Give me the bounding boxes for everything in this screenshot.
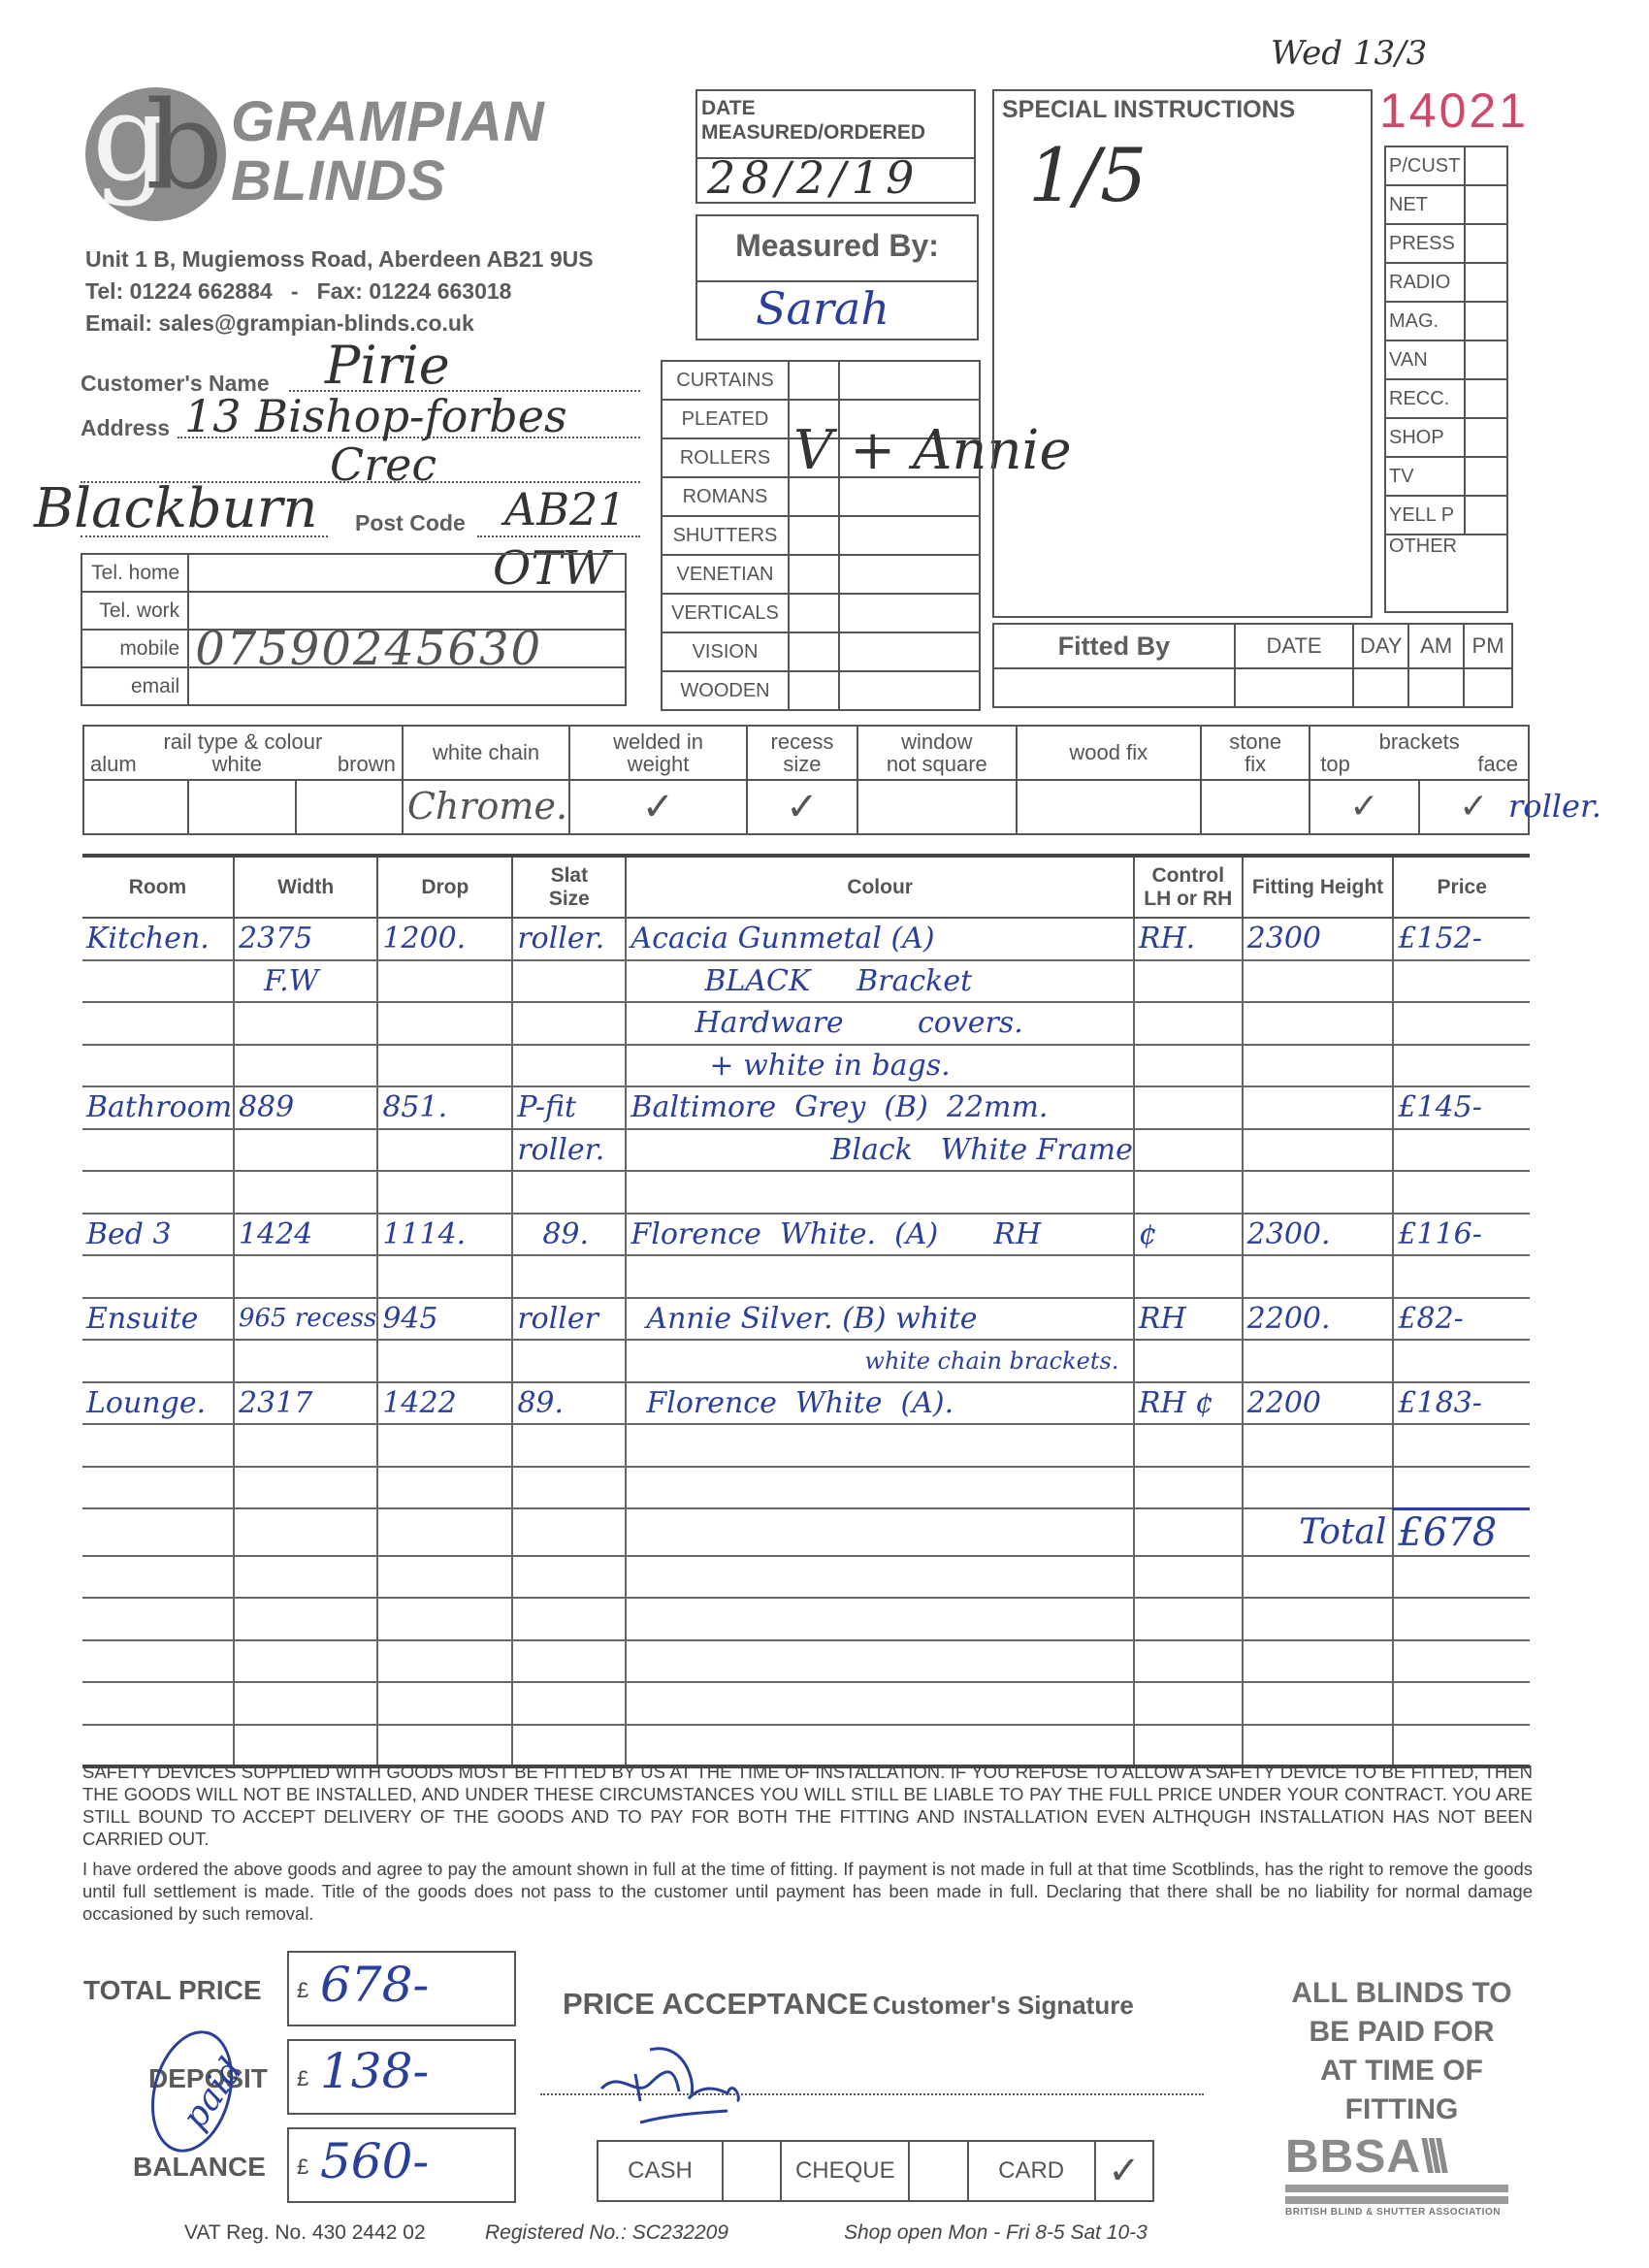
slat-cell[interactable] [512,1340,626,1382]
fitting-height-cell[interactable] [1243,1424,1394,1467]
price-cell[interactable] [1393,1640,1530,1683]
pound-sign: £ [297,1978,308,2003]
product-checkbox[interactable] [789,632,839,671]
table-row: Bed 314241114.89.Florence White. (A) RH¢… [82,1214,1530,1256]
total-price-box: £ 678- [287,1951,516,2026]
source-checkbox[interactable] [1465,224,1507,263]
header-slat-size: SlatSize [512,856,626,918]
slat-cell[interactable] [512,1467,626,1509]
slat-cell[interactable]: P-fit [512,1086,626,1129]
drop-cell[interactable]: 1422 [377,1382,512,1425]
control-cell[interactable] [1134,1340,1243,1382]
fitting-height-cell[interactable] [1243,1556,1394,1599]
product-note[interactable] [839,516,980,555]
bbsa-letters: BBSA\\\ [1285,2134,1508,2181]
slat-cell[interactable] [512,1640,626,1683]
drop-cell[interactable] [377,1424,512,1467]
width-cell[interactable] [234,1002,377,1045]
price-cell[interactable] [1393,1467,1530,1509]
source-checkbox[interactable] [1465,302,1507,340]
wood-fix-label: wood fix [1017,726,1202,780]
fitting-height-cell[interactable] [1243,1682,1394,1725]
phone-label: Tel. home [81,554,188,592]
control-cell[interactable] [1134,1045,1243,1087]
room-cell[interactable]: Bed 3 [82,1214,234,1256]
drop-cell[interactable] [377,1045,512,1087]
fitting-height-cell[interactable]: 2200 [1243,1382,1394,1425]
drop-cell[interactable] [377,1682,512,1725]
notice-line3: AT TIME OF [1251,2052,1552,2090]
colour-cell[interactable] [626,1255,1133,1298]
product-label: WOODEN [662,671,789,710]
balance-box: £ 560- [287,2127,516,2203]
source-table: P/CUST NET PRESS RADIO MAG. VAN RECC. SH… [1384,146,1508,613]
colour-cell[interactable] [626,1682,1133,1725]
width-cell[interactable]: 889 [234,1086,377,1129]
slat-cell[interactable] [512,1255,626,1298]
stone-fix-header: stonefix [1201,726,1309,780]
order-table: Room Width Drop SlatSize Colour ControlL… [82,854,1530,1768]
postcode-label: Post Code [355,510,466,536]
control-cell[interactable]: ¢ [1134,1214,1243,1256]
fitting-height-cell[interactable] [1243,1086,1394,1129]
drop-cell[interactable] [377,1725,512,1767]
balance-field[interactable]: 560- [320,2133,429,2189]
fitting-height-cell[interactable] [1243,1129,1394,1172]
slat-cell[interactable]: 89. [512,1382,626,1425]
product-note[interactable] [839,594,980,632]
pound-sign: £ [297,2155,308,2180]
width-cell[interactable]: 1424 [234,1214,377,1256]
slat-cell[interactable] [512,960,626,1003]
fitting-height-cell[interactable] [1243,960,1394,1003]
fitted-by-field[interactable] [993,668,1235,707]
price-cell[interactable] [1393,1556,1530,1599]
control-cell[interactable] [1134,1129,1243,1172]
brackets-note[interactable]: roller. [1508,788,1601,825]
price-cell[interactable] [1393,1045,1530,1087]
product-checkbox[interactable] [789,594,839,632]
product-row-romans: ROMANS [662,477,980,516]
rail-type-header: rail type & colour alum white brown [83,726,403,780]
colour-cell[interactable]: Baltimore Grey (B) 22mm. [626,1086,1133,1129]
product-checkbox[interactable] [789,361,839,400]
source-label: RADIO [1385,263,1465,302]
product-label: PLEATED [662,400,789,438]
stone-fix-checkbox[interactable] [1201,780,1309,834]
slat-cell[interactable] [512,1045,626,1087]
drop-cell[interactable] [377,1340,512,1382]
colour-cell[interactable] [626,1424,1133,1467]
room-cell[interactable] [82,1467,234,1509]
source-checkbox[interactable] [1465,418,1507,457]
window-label-line2: not square [858,753,1015,775]
colour-cell[interactable] [626,1556,1133,1599]
control-cell[interactable]: RH [1134,1298,1243,1341]
welded-label-line2: weight [570,753,745,775]
signature-line [540,2093,1204,2095]
colour-cell[interactable]: Florence White (A). [626,1382,1133,1425]
header-slat-line2: Size [513,888,625,910]
source-checkbox[interactable] [1465,496,1507,535]
window-not-square-header: windownot square [857,726,1016,780]
colour-cell[interactable]: Acacia Gunmetal (A) [626,918,1133,960]
postcode-field[interactable]: AB21 [504,483,627,535]
colour-cell[interactable]: Annie Silver. (B) white [626,1298,1133,1341]
slat-cell[interactable]: roller. [512,918,626,960]
date-field[interactable]: 28/2/19 [707,151,920,204]
room-cell[interactable] [82,1002,234,1045]
signature-scribble-icon [582,2045,776,2132]
width-cell[interactable] [234,1045,377,1087]
drop-cell[interactable] [377,1255,512,1298]
table-row: Ensuite965 recess945rollerAnnie Silver. … [82,1298,1530,1341]
fitting-height-cell[interactable] [1243,1725,1394,1767]
room-cell[interactable] [82,1129,234,1172]
room-cell[interactable] [82,1725,234,1767]
room-cell[interactable] [82,1255,234,1298]
colour-cell[interactable]: Hardware covers. [626,1002,1133,1045]
drop-cell[interactable] [377,1556,512,1599]
room-cell[interactable] [82,1508,234,1556]
product-row-venetian: VENETIAN [662,555,980,594]
fitted-day-label: DAY [1353,624,1408,668]
fitting-height-cell[interactable] [1243,1255,1394,1298]
room-cell[interactable]: Lounge. [82,1382,234,1425]
measured-by-field[interactable]: Sarah [756,282,889,335]
room-cell[interactable] [82,1171,234,1214]
drop-cell[interactable] [377,1129,512,1172]
notice-line2: BE PAID FOR [1251,2013,1552,2052]
table-row [82,1682,1530,1725]
product-checkbox[interactable] [789,477,839,516]
product-note[interactable] [839,477,980,516]
width-cell[interactable] [234,1598,377,1640]
room-cell[interactable] [82,1424,234,1467]
brackets-top-checkbox[interactable]: ✓ [1309,780,1418,834]
top-note: Wed 13/3 [1271,34,1427,73]
vat-number: VAT Reg. No. 430 2442 02 [184,2221,426,2245]
total-price-field[interactable]: 678- [320,1957,429,2013]
bbsa-subtitle: BRITISH BLIND & SHUTTER ASSOCIATION [1285,2207,1508,2218]
fitted-pm-field[interactable] [1464,668,1512,707]
width-cell[interactable] [234,1682,377,1725]
fitting-height-cell[interactable] [1243,1340,1394,1382]
colour-cell[interactable] [626,1508,1133,1556]
window-not-square-checkbox[interactable] [857,780,1016,834]
colour-cell[interactable]: white chain brackets. [626,1340,1133,1382]
company-name-line1: GRAMPIAN [231,94,545,150]
fitting-height-cell[interactable] [1243,1598,1394,1640]
drop-cell[interactable]: 851. [377,1086,512,1129]
fitted-date-label: DATE [1235,624,1354,668]
recess-size-checkbox[interactable]: ✓ [747,780,857,834]
slat-cell[interactable] [512,1682,626,1725]
address-field-line1[interactable]: 13 Bishop-forbes [184,390,567,442]
colour-cell[interactable]: Black White Frame [626,1129,1133,1172]
source-label-other[interactable]: OTHER [1385,535,1507,612]
notice-line4: FITTING [1251,2090,1552,2129]
product-label: SHUTTERS [662,516,789,555]
source-checkbox[interactable] [1465,263,1507,302]
control-cell[interactable] [1134,1508,1243,1556]
width-cell[interactable]: 965 recess [234,1298,377,1341]
room-cell[interactable] [82,1556,234,1599]
price-cell[interactable]: £145- [1393,1086,1530,1129]
price-cell[interactable]: £82- [1393,1298,1530,1341]
company-address: Unit 1 B, Mugiemoss Road, Aberdeen AB21 … [85,246,594,273]
price-cell[interactable] [1393,1598,1530,1640]
drop-cell[interactable] [377,1508,512,1556]
fitting-height-cell[interactable]: 2200. [1243,1298,1394,1341]
price-cell[interactable] [1393,1340,1530,1382]
colour-cell[interactable] [626,1598,1133,1640]
colour-cell[interactable]: BLACK Bracket [626,960,1133,1003]
stone-label-line2: fix [1202,753,1309,775]
colour-cell[interactable]: Florence White. (A) RH [626,1214,1133,1256]
width-cell[interactable] [234,1640,377,1683]
slat-cell[interactable] [512,1002,626,1045]
width-cell[interactable]: F.W [234,960,377,1003]
source-checkbox[interactable] [1465,457,1507,496]
slat-cell[interactable] [512,1725,626,1767]
price-cell[interactable]: £116- [1393,1214,1530,1256]
date-box: DATE MEASURED/ORDERED 28/2/19 [695,89,976,204]
postcode-line [477,535,640,537]
drop-cell[interactable] [377,1002,512,1045]
phone-mobile-field[interactable]: 07590245630 [188,630,626,667]
fitting-height-cell[interactable] [1243,1467,1394,1509]
product-note[interactable] [839,671,980,710]
deposit-box: £ 138- [287,2039,516,2115]
cheque-checkbox[interactable] [909,2141,967,2201]
width-cell[interactable] [234,1171,377,1214]
fitted-am-label: AM [1408,624,1464,668]
slat-cell[interactable] [512,1171,626,1214]
control-cell[interactable]: RH. [1134,918,1243,960]
address-field-line2[interactable]: Crec [330,438,436,491]
control-cell[interactable] [1134,1467,1243,1509]
colour-cell[interactable]: + white in bags. [626,1045,1133,1087]
fitting-height-cell[interactable] [1243,1002,1394,1045]
colour-cell[interactable] [626,1725,1133,1767]
slat-cell[interactable]: roller. [512,1129,626,1172]
address-field-line3[interactable]: Blackburn [34,477,318,540]
price-acceptance-title: PRICE ACCEPTANCE [563,1987,868,2021]
colour-cell[interactable] [626,1171,1133,1214]
control-cell[interactable] [1134,1682,1243,1725]
measured-by-label: Measured By: [697,228,977,264]
product-row-shutters: SHUTTERS [662,516,980,555]
drop-cell[interactable] [377,1598,512,1640]
price-cell[interactable]: £183- [1393,1382,1530,1425]
brackets-face-label: face [1477,753,1518,775]
product-checkbox[interactable] [789,555,839,594]
rail-brown-field[interactable] [296,780,403,834]
room-cell[interactable] [82,1045,234,1087]
brackets-top-label: top [1320,753,1350,775]
bbsa-bar [1285,2196,1508,2204]
price-cell[interactable] [1393,1424,1530,1467]
source-label: PRESS [1385,224,1465,263]
slat-cell[interactable] [512,1424,626,1467]
fitting-height-cell[interactable] [1243,1045,1394,1087]
control-cell[interactable] [1134,1171,1243,1214]
control-cell[interactable] [1134,1640,1243,1683]
price-cell[interactable] [1393,1255,1530,1298]
drop-cell[interactable]: 1200. [377,918,512,960]
control-cell[interactable] [1134,960,1243,1003]
control-cell[interactable]: RH ¢ [1134,1382,1243,1425]
price-cell[interactable] [1393,1725,1530,1767]
customer-name-field[interactable]: Pirie [325,335,450,396]
control-cell[interactable] [1134,1424,1243,1467]
control-cell[interactable] [1134,1725,1243,1767]
payment-method-table: CASH CHEQUE CARD ✓ [597,2140,1154,2202]
price-cell[interactable] [1393,960,1530,1003]
header-control: ControlLH or RH [1134,856,1243,918]
welded-weight-header: welded inweight [569,726,746,780]
table-row: Lounge.2317142289.Florence White (A).RH … [82,1382,1530,1425]
room-cell[interactable] [82,1340,234,1382]
email-field[interactable] [188,667,626,705]
control-cell[interactable] [1134,1255,1243,1298]
product-label: CURTAINS [662,361,789,400]
recess-label-line1: recess [748,730,857,753]
special-instructions-field[interactable]: 1/5 [1028,132,1147,218]
slat-cell[interactable] [512,1556,626,1599]
drop-cell[interactable] [377,1467,512,1509]
slat-cell[interactable] [512,1598,626,1640]
table-row: Kitchen.23751200.roller.Acacia Gunmetal … [82,918,1530,960]
drop-cell[interactable]: 945 [377,1298,512,1341]
width-cell[interactable] [234,1508,377,1556]
source-label: MAG. [1385,302,1465,340]
options-table: rail type & colour alum white brown whit… [82,725,1530,835]
room-cell[interactable]: Ensuite [82,1298,234,1341]
total-price-cell[interactable]: £678 [1393,1508,1530,1556]
rail-white-label: white [212,753,262,775]
drop-cell[interactable] [377,1640,512,1683]
product-checkbox[interactable] [789,671,839,710]
source-checkbox[interactable] [1465,340,1507,379]
source-checkbox[interactable] [1465,146,1507,185]
deposit-field[interactable]: 138- [320,2043,429,2099]
fitting-height-cell[interactable]: 2300 [1243,918,1394,960]
width-cell[interactable] [234,1340,377,1382]
drop-cell[interactable] [377,1171,512,1214]
source-label: NET [1385,185,1465,224]
price-cell[interactable] [1393,1171,1530,1214]
room-cell[interactable]: Kitchen. [82,918,234,960]
colour-cell[interactable] [626,1467,1133,1509]
welded-weight-checkbox[interactable]: ✓ [569,780,746,834]
phone-row-home: Tel. home [81,554,626,592]
cash-label: CASH [598,2141,723,2201]
width-cell[interactable] [234,1424,377,1467]
stone-label-line1: stone [1202,730,1309,753]
product-note[interactable] [839,555,980,594]
wood-fix-checkbox[interactable] [1017,780,1202,834]
price-cell[interactable]: £152- [1393,918,1530,960]
room-cell[interactable]: Bathroom [82,1086,234,1129]
white-chain-field[interactable]: Chrome. [403,780,569,834]
table-row [82,1171,1530,1214]
slat-cell[interactable] [512,1508,626,1556]
fitting-height-cell[interactable]: 2300. [1243,1214,1394,1256]
slat-cell[interactable]: roller [512,1298,626,1341]
order-number: 14021 [1379,82,1529,139]
drop-cell[interactable]: 1114. [377,1214,512,1256]
width-cell[interactable] [234,1725,377,1767]
price-cell[interactable] [1393,1129,1530,1172]
product-row-verticals: VERTICALS [662,594,980,632]
room-cell[interactable] [82,1598,234,1640]
fitting-height-cell[interactable] [1243,1171,1394,1214]
source-label: SHOP [1385,418,1465,457]
table-row: Hardware covers. [82,1002,1530,1045]
source-checkbox[interactable] [1465,185,1507,224]
bbsa-bar [1285,2185,1508,2192]
fitted-am-field[interactable] [1408,668,1464,707]
table-row [82,1556,1530,1599]
width-cell[interactable]: 2317 [234,1382,377,1425]
card-checkbox[interactable]: ✓ [1095,2141,1153,2201]
width-cell[interactable] [234,1129,377,1172]
source-label: VAN [1385,340,1465,379]
card-label: CARD [968,2141,1095,2201]
date-label-line2: MEASURED/ORDERED [701,121,925,145]
control-cell[interactable] [1134,1086,1243,1129]
cheque-label: CHEQUE [781,2141,909,2201]
customer-signature-label: Customer's Signature [873,1991,1134,2020]
cash-checkbox[interactable] [723,2141,781,2201]
product-checkbox[interactable] [789,516,839,555]
drop-cell[interactable] [377,960,512,1003]
slat-cell[interactable]: 89. [512,1214,626,1256]
phone-home-field[interactable] [188,554,626,592]
rail-white-field[interactable] [188,780,295,834]
room-cell[interactable] [82,1640,234,1683]
control-cell[interactable] [1134,1002,1243,1045]
room-cell[interactable] [82,1682,234,1725]
recess-size-header: recesssize [747,726,857,780]
price-cell[interactable] [1393,1682,1530,1725]
width-cell[interactable] [234,1556,377,1599]
fitted-date-field[interactable] [1235,668,1354,707]
table-row [82,1467,1530,1509]
control-cell[interactable] [1134,1598,1243,1640]
product-note[interactable] [839,361,980,400]
width-cell[interactable] [234,1467,377,1509]
rail-alum-field[interactable] [83,780,188,834]
fitted-day-field[interactable] [1353,668,1408,707]
width-cell[interactable]: 2375 [234,918,377,960]
table-row [82,1424,1530,1467]
special-instructions-label: SPECIAL INSTRUCTIONS [1002,96,1295,124]
fitting-height-cell[interactable] [1243,1640,1394,1683]
room-cell[interactable] [82,960,234,1003]
control-cell[interactable] [1134,1556,1243,1599]
measured-by-box: Measured By: Sarah [695,214,979,340]
pound-sign: £ [297,2066,308,2091]
width-cell[interactable] [234,1255,377,1298]
product-note[interactable] [839,632,980,671]
product-label: ROLLERS [662,438,789,477]
colour-cell[interactable] [626,1640,1133,1683]
price-cell[interactable] [1393,1002,1530,1045]
source-checkbox[interactable] [1465,379,1507,418]
